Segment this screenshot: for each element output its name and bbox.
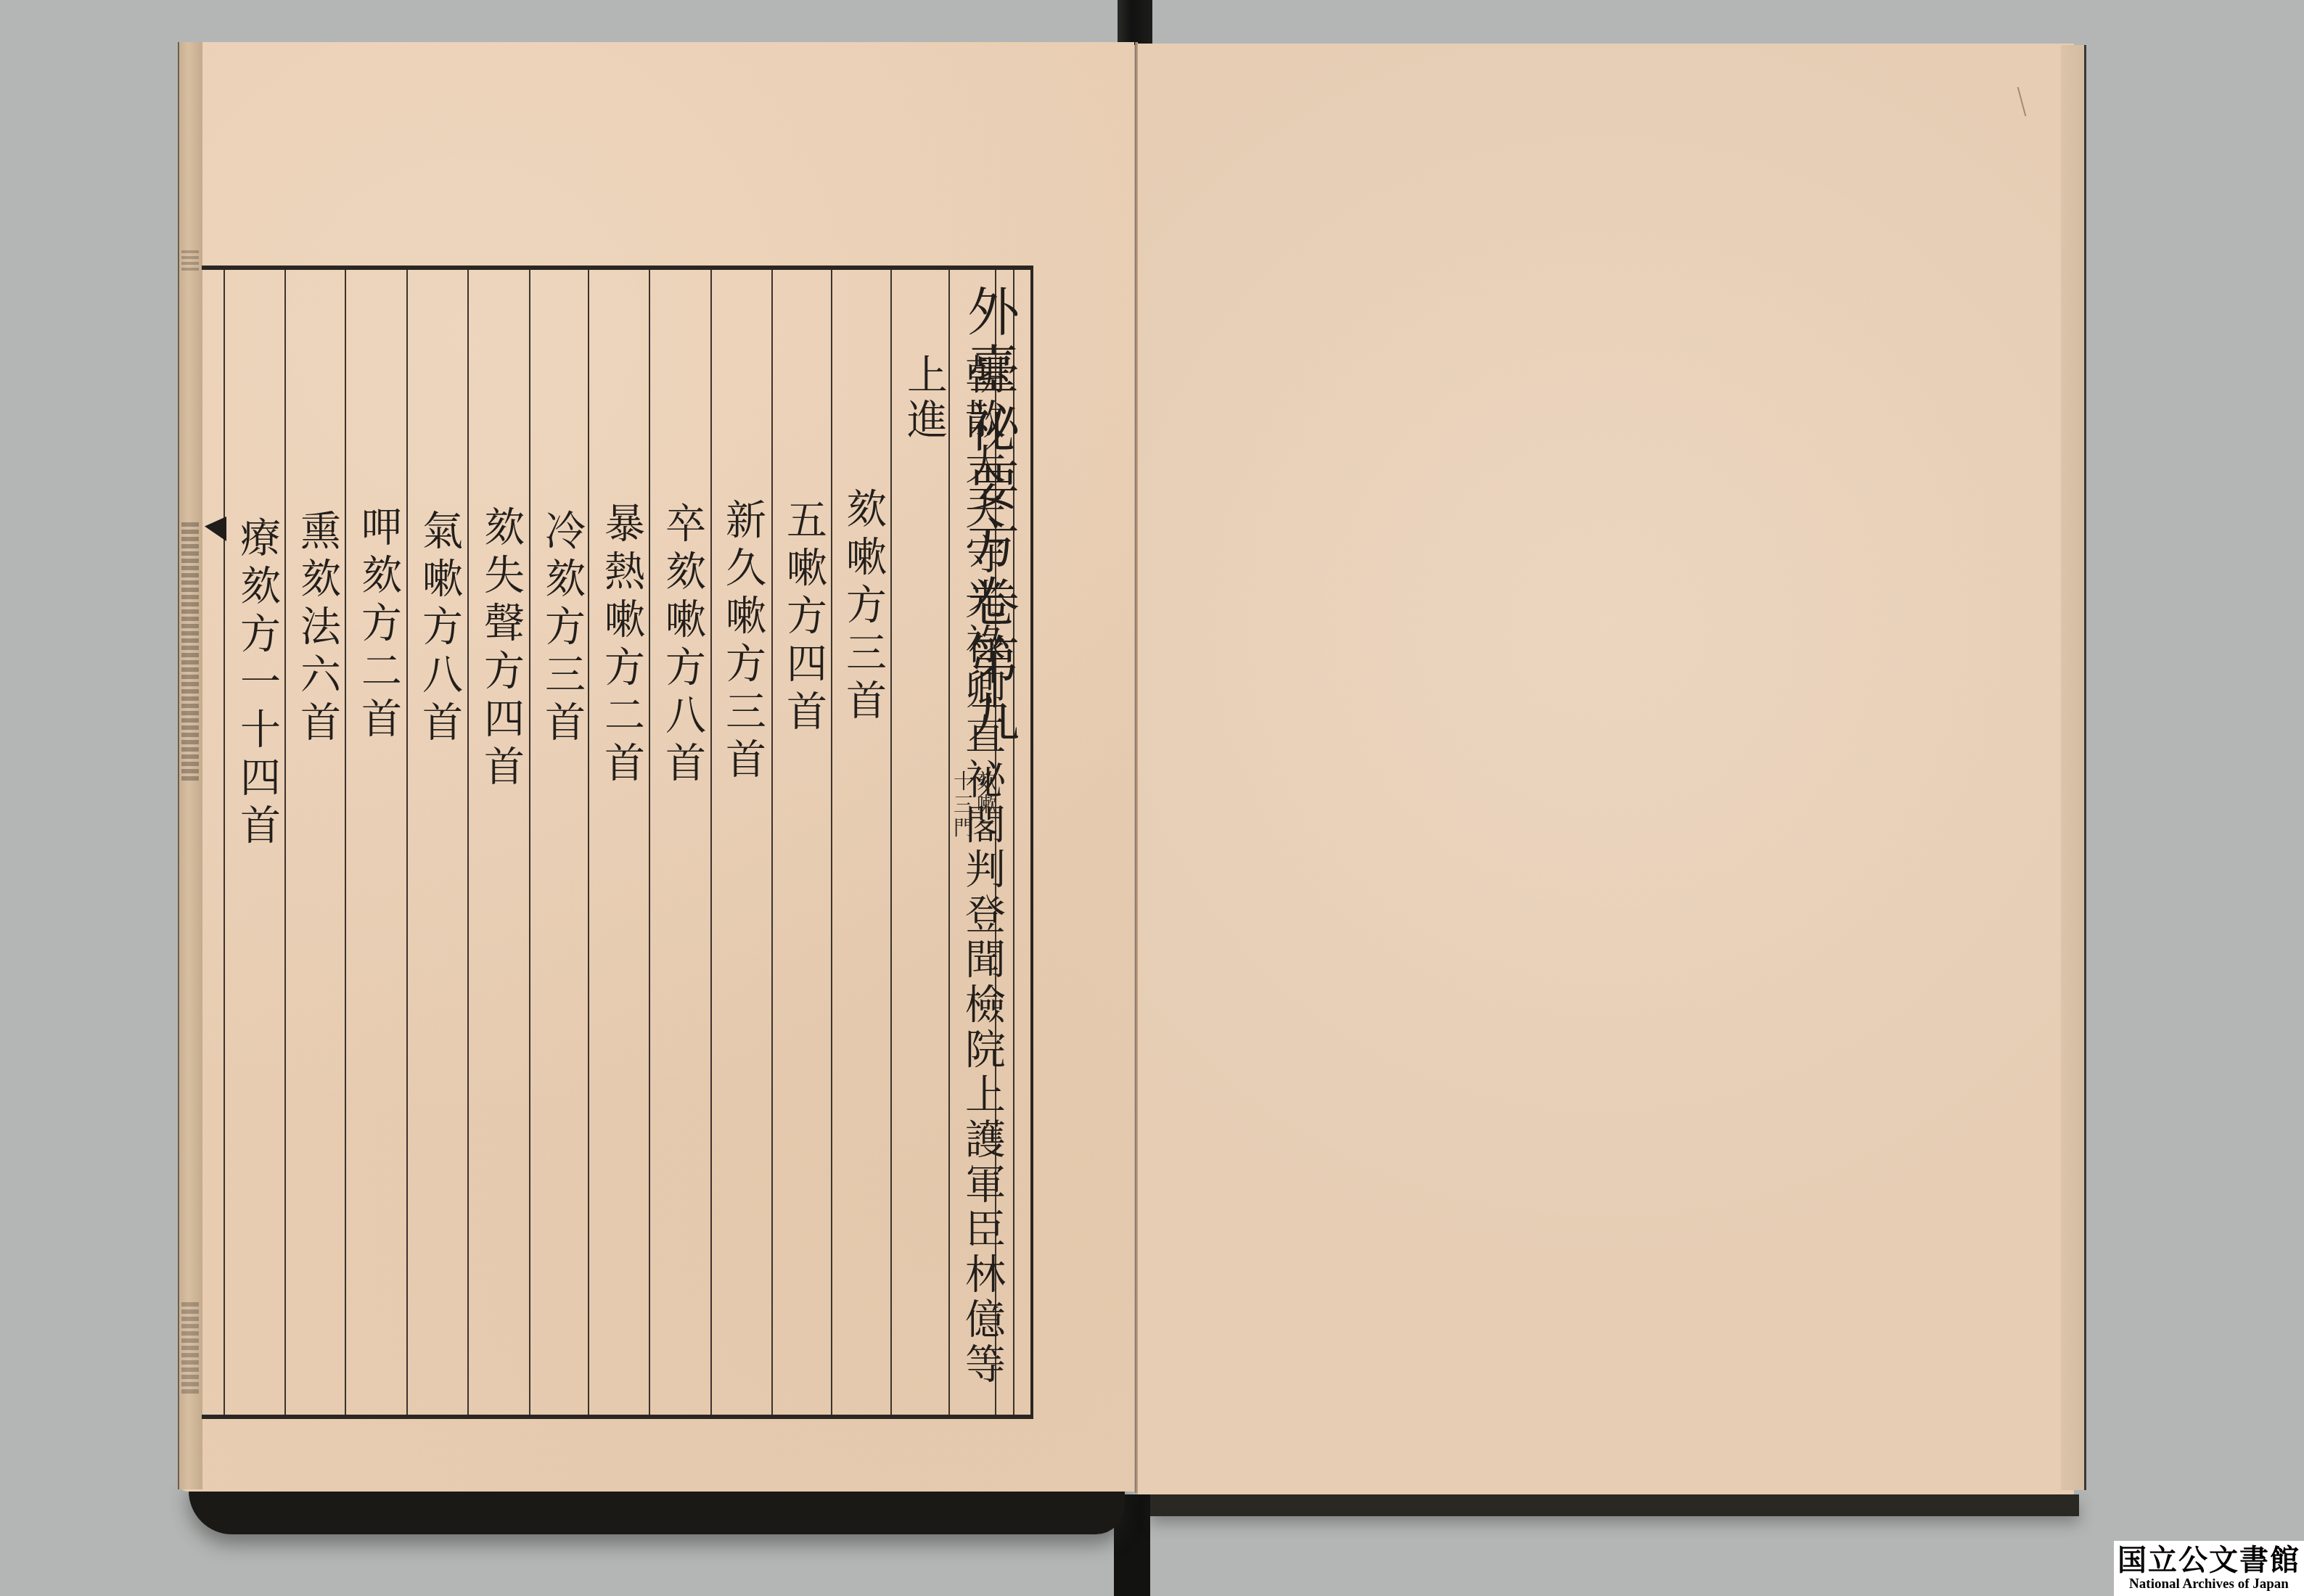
column-rule: [710, 270, 712, 1415]
column-rule: [890, 270, 892, 1415]
contents-item: 呷欬方二首: [349, 506, 407, 745]
logo-english: National Archives of Japan: [2129, 1576, 2289, 1592]
column-rule: [224, 270, 225, 1415]
book-gutter: [1135, 42, 1138, 1493]
fore-edge-print-top: [181, 250, 199, 272]
column-rule: [831, 270, 832, 1415]
fore-edge-print-bottom: [181, 1302, 199, 1396]
column-rule: [771, 270, 773, 1415]
right-page-edge: [2061, 45, 2086, 1490]
column-rule: [588, 270, 589, 1415]
printed-frame: 外臺祕要方卷第九 欬嗽二 十三門 朝散大夫守光祿卿直祕閣判登聞檢院上護軍臣林億等…: [202, 266, 1033, 1419]
column-rule: [649, 270, 650, 1415]
column-rule: [345, 270, 346, 1415]
logo-japanese: 国立公文書館: [2118, 1544, 2300, 1576]
contents-item: 熏欬法六首: [288, 509, 346, 749]
contents-item: 欬嗽方三首: [834, 488, 892, 727]
fore-edge-print-title: [181, 522, 199, 783]
contents-item: 氣嗽方八首: [410, 509, 468, 749]
contents-item: 暴熱嗽方二首: [592, 502, 650, 789]
book-spine-top: [1118, 0, 1152, 45]
archive-logo: 国立公文書館 National Archives of Japan: [2114, 1541, 2304, 1596]
contents-item: 新久嗽方三首: [713, 498, 771, 786]
contents-item: 五嗽方四首: [774, 498, 832, 738]
column-rule: [406, 270, 408, 1415]
column-rule: [529, 270, 530, 1415]
author-line: 朝散大夫守光祿卿直祕閣判登聞檢院上護軍臣林億等上進: [895, 353, 1011, 1415]
contents-item: 冷欬方三首: [533, 509, 591, 749]
column-rule: [467, 270, 469, 1415]
right-page: [1138, 44, 2074, 1494]
contents-item: 療欬方一十四首: [228, 517, 286, 852]
contents-item: 欬失聲方四首: [472, 506, 530, 793]
contents-item: 卒欬嗽方八首: [653, 502, 711, 789]
right-cover-shadow: [1150, 1494, 2079, 1516]
